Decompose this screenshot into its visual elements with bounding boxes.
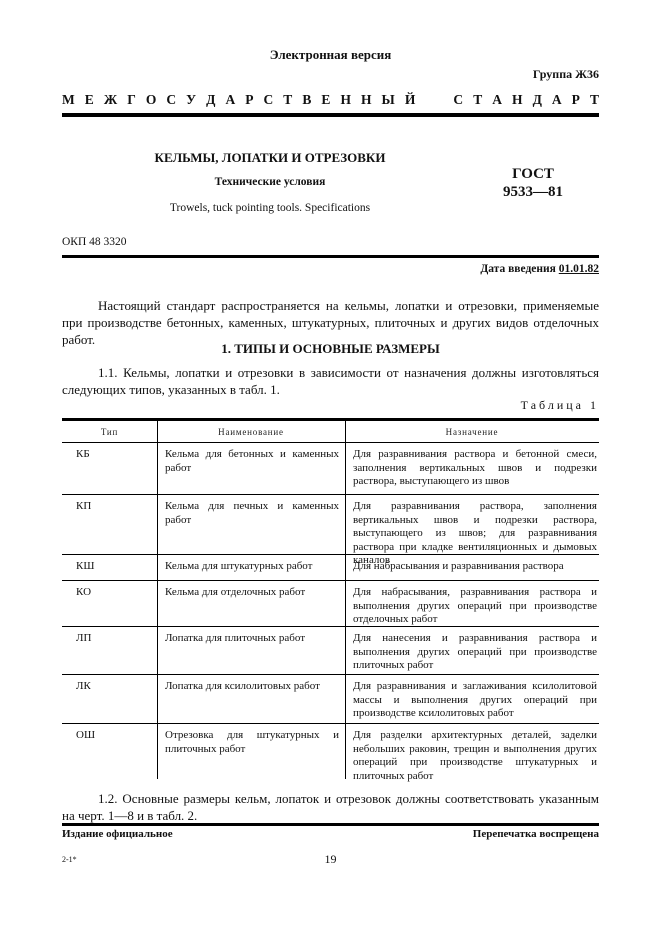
heading-letter: Ж bbox=[104, 92, 117, 108]
document-subtitle: Технические условия bbox=[100, 176, 440, 188]
interstate-standard-heading: МЕЖГОСУДАРСТВЕННЫЙСТАНДАРТ bbox=[62, 92, 599, 108]
paragraph-1-2: 1.2. Основные размеры кельм, лопаток и о… bbox=[62, 790, 599, 824]
paragraph-1-1: 1.1. Кельмы, лопатки и отрезовки в завис… bbox=[62, 364, 599, 398]
heading-letter: М bbox=[62, 92, 75, 108]
heading-letter: Н bbox=[340, 92, 351, 108]
table-cell-purpose: Для разделки архитектурных деталей, заде… bbox=[353, 729, 597, 783]
table-cell-name: Лопатка для ксилолитовых работ bbox=[165, 680, 339, 694]
table-cell-purpose: Для разравнивания и заглаживания ксилоли… bbox=[353, 680, 597, 721]
gost-number: 9533—81 bbox=[478, 183, 588, 201]
heading-letter: С bbox=[453, 92, 463, 108]
table-cell-name: Кельма для штукатурных работ bbox=[165, 560, 339, 574]
table-cell-type: КП bbox=[76, 500, 151, 514]
heading-letter: А bbox=[492, 92, 502, 108]
heading-letter: Т bbox=[473, 92, 482, 108]
table-cell-type: ОШ bbox=[76, 729, 151, 743]
table-header-cell: Назначение bbox=[345, 427, 599, 437]
table-cell-type: КШ bbox=[76, 560, 151, 574]
heading-letter: Т bbox=[283, 92, 292, 108]
heading-letter: О bbox=[146, 92, 157, 108]
table-cell-type: ЛК bbox=[76, 680, 151, 694]
table-row-rule bbox=[62, 580, 599, 581]
heading-letter: Н bbox=[512, 92, 523, 108]
table-row-rule bbox=[62, 674, 599, 675]
section-heading: 1. ТИПЫ И ОСНОВНЫЕ РАЗМЕРЫ bbox=[62, 341, 599, 357]
table-cell-type: КО bbox=[76, 586, 151, 600]
okp-code: ОКП 48 3320 bbox=[62, 236, 127, 248]
gost-designation: ГОСТ 9533—81 bbox=[478, 165, 588, 201]
introduction-date: Дата введения 01.01.82 bbox=[480, 263, 599, 275]
table-column-rule bbox=[345, 418, 346, 779]
page-number: 19 bbox=[0, 852, 661, 867]
group-code: Группа Ж36 bbox=[533, 67, 599, 82]
header-rule bbox=[62, 113, 599, 117]
table-cell-purpose: Для набрасывания и разравнивания раствор… bbox=[353, 560, 597, 574]
table-header-cell: Наименование bbox=[157, 427, 345, 437]
heading-letter: Ы bbox=[382, 92, 395, 108]
introduction-date-label: Дата введения bbox=[480, 263, 556, 275]
reprint-prohibited-label: Перепечатка воспрещена bbox=[473, 828, 599, 840]
table-cell-type: КБ bbox=[76, 448, 151, 462]
table-row-rule bbox=[62, 723, 599, 724]
heading-letter: У bbox=[186, 92, 196, 108]
table-header-cell: Тип bbox=[62, 427, 157, 437]
gost-label: ГОСТ bbox=[478, 165, 588, 183]
footer-rule bbox=[62, 823, 599, 826]
heading-letter: Е bbox=[321, 92, 330, 108]
heading-letter: С bbox=[264, 92, 274, 108]
table-top-rule bbox=[62, 418, 599, 421]
heading-letter: Р bbox=[572, 92, 580, 108]
table-cell-name: Отрезовка для штукатурных и плиточных ра… bbox=[165, 729, 339, 756]
heading-letter: Н bbox=[361, 92, 372, 108]
heading-letter: Д bbox=[206, 92, 215, 108]
heading-letter: Е bbox=[85, 92, 94, 108]
heading-letter: Й bbox=[405, 92, 416, 108]
table-header-rule bbox=[62, 442, 599, 443]
english-title: Trowels, tuck pointing tools. Specificat… bbox=[100, 202, 440, 214]
table-cell-purpose: Для нанесения и разравнивания раствора и… bbox=[353, 632, 597, 673]
heading-letter: А bbox=[225, 92, 235, 108]
table-cell-purpose: Для набрасывания, разравнивания раствора… bbox=[353, 586, 597, 627]
table-cell-name: Кельма для бетонных и каменных работ bbox=[165, 448, 339, 475]
table-cell-purpose: Для разравнивания раствора, заполнения в… bbox=[353, 500, 597, 568]
official-edition-label: Издание официальное bbox=[62, 828, 173, 840]
introduction-date-value: 01.01.82 bbox=[559, 263, 599, 275]
document-title: КЕЛЬМЫ, ЛОПАТКИ И ОТРЕЗОВКИ bbox=[100, 150, 440, 166]
table-cell-name: Кельма для отделочных работ bbox=[165, 586, 339, 600]
okp-rule bbox=[62, 255, 599, 258]
heading-letter: Р bbox=[245, 92, 253, 108]
heading-letter: Т bbox=[590, 92, 599, 108]
heading-letter: Д bbox=[533, 92, 542, 108]
table-cell-purpose: Для разравнивания раствора и бетонной см… bbox=[353, 448, 597, 489]
heading-letter: В bbox=[302, 92, 311, 108]
table-column-rule bbox=[157, 418, 158, 779]
electronic-version-label: Электронная версия bbox=[0, 47, 661, 63]
heading-gap bbox=[425, 92, 443, 108]
heading-letter: С bbox=[166, 92, 176, 108]
table-cell-name: Лопатка для плиточных работ bbox=[165, 632, 339, 646]
table-label: Таблица 1 bbox=[521, 398, 599, 413]
heading-letter: А bbox=[552, 92, 562, 108]
table-row-rule bbox=[62, 494, 599, 495]
table-cell-type: ЛП bbox=[76, 632, 151, 646]
table-cell-name: Кельма для печных и каменных работ bbox=[165, 500, 339, 527]
heading-letter: Г bbox=[127, 92, 136, 108]
